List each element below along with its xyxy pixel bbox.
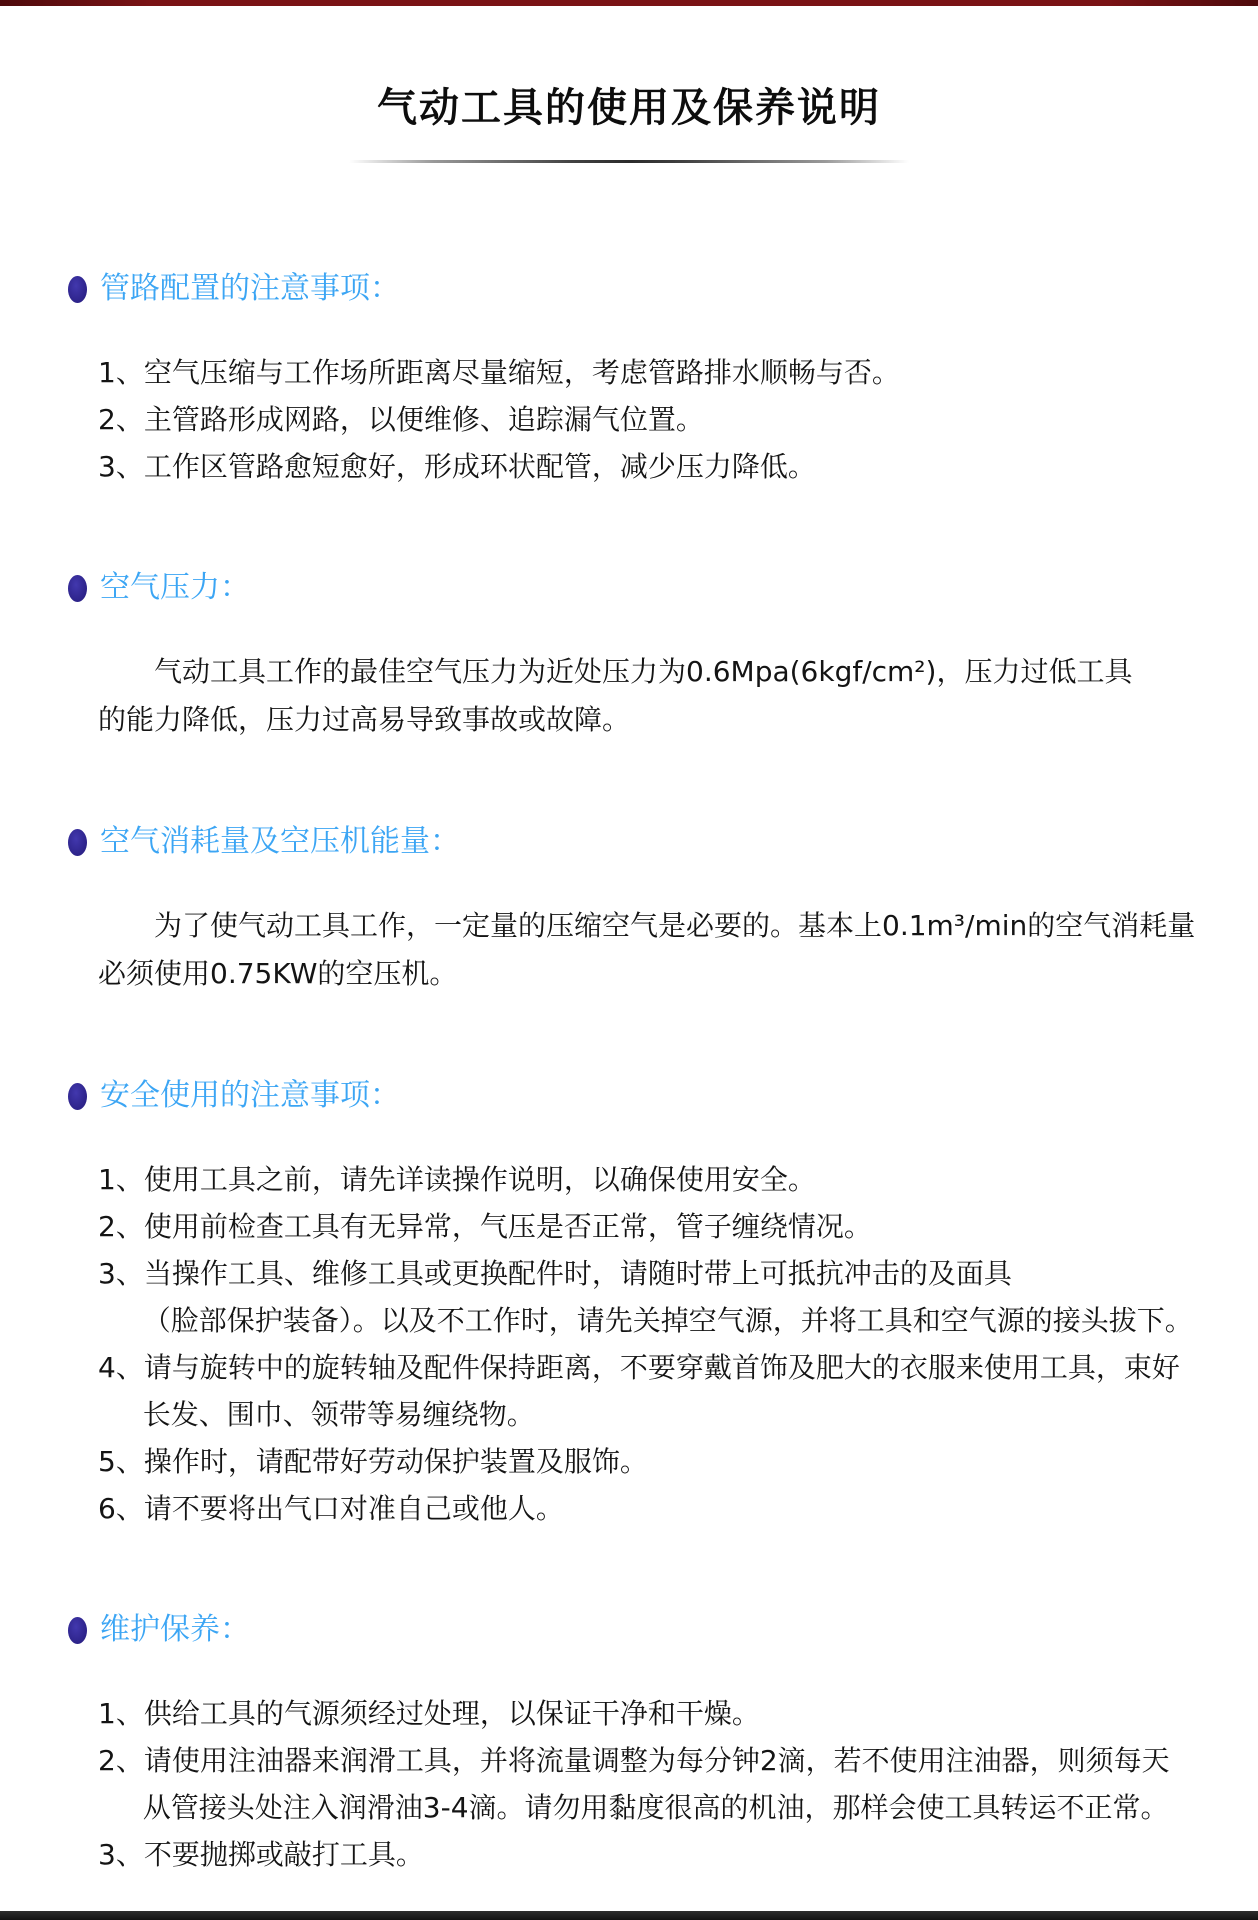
section-bullet-icon (68, 1617, 87, 1644)
section-bullet-icon (68, 276, 87, 303)
section-body: 气动工具工作的最佳空气压力为近处压力为0.6Mpa(6kgf/cm²)，压力过低… (98, 648, 1240, 744)
bottom-border-bar (0, 1911, 1258, 1920)
section-bullet-icon (68, 1083, 87, 1110)
section-bullet-icon (68, 575, 87, 602)
section-heading: 管路配置的注意事项： (100, 271, 400, 307)
section-heading: 空气消耗量及空压机能量： (100, 824, 460, 860)
list-item: 1、使用工具之前，请先详读操作说明，以确保使用安全。 (98, 1156, 1240, 1203)
section-heading: 空气压力： (100, 570, 250, 606)
section-header: 安全使用的注意事项： (68, 1078, 1240, 1114)
section-heading: 维护保养： (100, 1612, 250, 1648)
section-maintenance: 维护保养： 1、供给工具的气源须经过处理，以保证干净和干燥。 2、请使用注油器来… (68, 1612, 1240, 1878)
section-body: 1、空气压缩与工作场所距离尽量缩短，考虑管路排水顺畅与否。 2、主管路形成网路，… (98, 349, 1240, 490)
list-item: 1、供给工具的气源须经过处理，以保证干净和干燥。 (98, 1690, 1240, 1737)
list-item: 4、请与旋转中的旋转轴及配件保持距离，不要穿戴首饰及肥大的衣服来使用工具，束好 … (98, 1344, 1240, 1438)
section-air-consumption: 空气消耗量及空压机能量： 为了使气动工具工作，一定量的压缩空气是必要的。基本上0… (68, 824, 1240, 998)
list-item: 3、工作区管路愈短愈好，形成环状配管，减少压力降低。 (98, 443, 1240, 490)
list-item: 1、空气压缩与工作场所距离尽量缩短，考虑管路排水顺畅与否。 (98, 349, 1240, 396)
list-item: 3、当操作工具、维修工具或更换配件时，请随时带上可抵抗冲击的及面具 （脸部保护装… (98, 1250, 1240, 1344)
page-title: 气动工具的使用及保养说明 (0, 82, 1258, 134)
section-body: 为了使气动工具工作，一定量的压缩空气是必要的。基本上0.1m³/min的空气消耗… (98, 902, 1240, 998)
section-body: 1、使用工具之前，请先详读操作说明，以确保使用安全。 2、使用前检查工具有无异常… (98, 1156, 1240, 1532)
content-area: 管路配置的注意事项： 1、空气压缩与工作场所距离尽量缩短，考虑管路排水顺畅与否。… (0, 271, 1258, 1878)
section-header: 维护保养： (68, 1612, 1240, 1648)
section-air-pressure: 空气压力： 气动工具工作的最佳空气压力为近处压力为0.6Mpa(6kgf/cm²… (68, 570, 1240, 744)
title-divider (349, 160, 909, 163)
list-item: 2、主管路形成网路，以便维修、追踪漏气位置。 (98, 396, 1240, 443)
section-header: 管路配置的注意事项： (68, 271, 1240, 307)
section-header: 空气消耗量及空压机能量： (68, 824, 1240, 860)
list-item: 2、请使用注油器来润滑工具，并将流量调整为每分钟2滴，若不使用注油器，则须每天 … (98, 1737, 1240, 1831)
list-item: 2、使用前检查工具有无异常，气压是否正常，管子缠绕情况。 (98, 1203, 1240, 1250)
section-body: 1、供给工具的气源须经过处理，以保证干净和干燥。 2、请使用注油器来润滑工具，并… (98, 1690, 1240, 1878)
section-paragraph: 气动工具工作的最佳空气压力为近处压力为0.6Mpa(6kgf/cm²)，压力过低… (98, 648, 1240, 744)
section-header: 空气压力： (68, 570, 1240, 606)
section-safety-notes: 安全使用的注意事项： 1、使用工具之前，请先详读操作说明，以确保使用安全。 2、… (68, 1078, 1240, 1532)
section-piping-notes: 管路配置的注意事项： 1、空气压缩与工作场所距离尽量缩短，考虑管路排水顺畅与否。… (68, 271, 1240, 490)
list-item: 5、操作时，请配带好劳动保护装置及服饰。 (98, 1438, 1240, 1485)
top-border-bar (0, 0, 1258, 6)
section-heading: 安全使用的注意事项： (100, 1078, 400, 1114)
list-item: 6、请不要将出气口对准自己或他人。 (98, 1485, 1240, 1532)
section-paragraph: 为了使气动工具工作，一定量的压缩空气是必要的。基本上0.1m³/min的空气消耗… (98, 902, 1240, 998)
page: 气动工具的使用及保养说明 管路配置的注意事项： 1、空气压缩与工作场所距离尽量缩… (0, 0, 1258, 1878)
section-bullet-icon (68, 829, 87, 856)
list-item: 3、不要抛掷或敲打工具。 (98, 1831, 1240, 1878)
